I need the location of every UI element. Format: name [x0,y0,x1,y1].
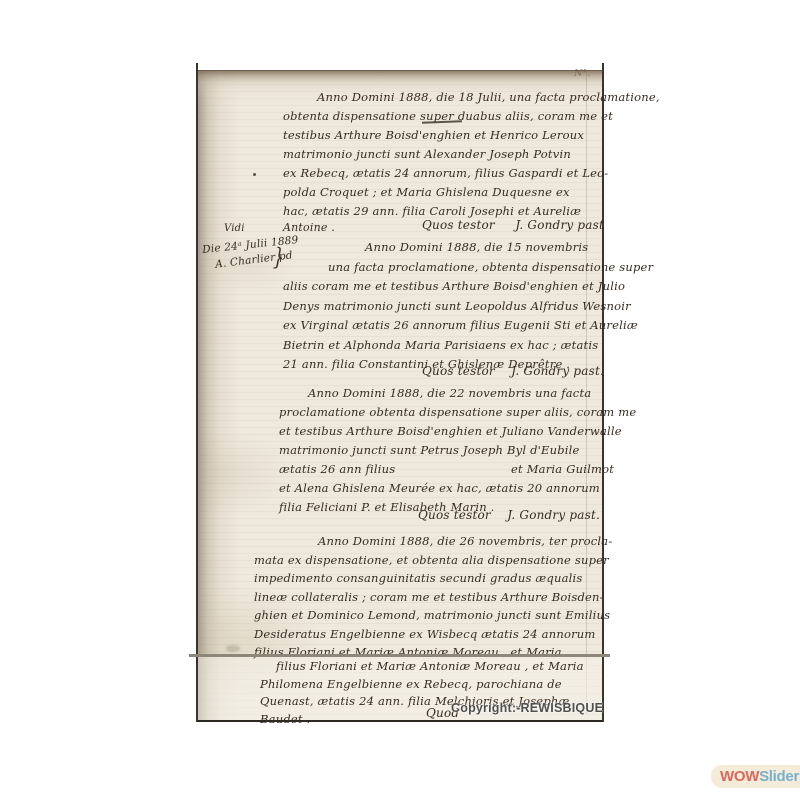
attestation-phrase: Quos testor [422,218,495,232]
manuscript-line: Philomena Engelbienne ex Rebecq, parochi… [260,676,584,694]
wowslider-wow-text: WOW [720,768,759,785]
register-entry-2: Anno Domini 1888, die 15 novembris una f… [283,238,653,375]
priest-signature: J. Gondry past. [511,364,604,378]
attestation-3: Quos testor J. Gondry past. [418,508,600,522]
manuscript-line: una facta proclamatione, obtenta dispens… [283,258,653,278]
manuscript-line: et Alena Ghislena Meurée ex hac, ætatis … [279,479,636,498]
manuscript-line-duplicate: filius Floriani et Mariæ Antoniæ Moreau … [260,658,584,676]
manuscript-line: ghien et Dominico Lemond, matrimonio jun… [254,606,612,625]
margin-note-name: Antoine . [283,221,335,234]
manuscript-line: ex Rebecq, ætatis 24 annorum, filius Gas… [283,164,660,183]
manuscript-line: matrimonio juncti sunt Petrus Joseph Byl… [279,441,636,460]
manuscript-line: obtenta dispensatione super duabus aliis… [283,107,660,126]
ink-smudge [226,645,240,652]
manuscript-line: testibus Arthure Boisd'enghien et Henric… [283,126,660,145]
copyright-watermark: Copyright:-REWISBIQUE [451,701,603,715]
page-number-mark: N°. [574,68,591,79]
manuscript-line: Anno Domini 1888, die 26 novembris, ter … [254,532,612,551]
manuscript-line: polda Croquet ; et Maria Ghislena Duques… [283,183,660,202]
attestation-phrase: Quos testor [418,508,491,522]
register-entry-3: Anno Domini 1888, die 22 novembris una f… [279,384,636,517]
manuscript-line: Bietrin et Alphonda Maria Parisiaens ex … [283,336,653,356]
manuscript-line: proclamatione obtenta dispensatione supe… [279,403,636,422]
page-canvas: N°. Anno Domini 1888, die 18 Julii, una … [0,0,800,800]
manuscript-line: mata ex dispensatione, et obtenta alia d… [254,551,612,570]
register-entry-4: Anno Domini 1888, die 26 novembris, ter … [254,532,612,662]
register-entry-4-overlap: filius Floriani et Mariæ Antoniæ Moreau … [260,658,584,728]
manuscript-line: Anno Domini 1888, die 22 novembris una f… [279,384,636,403]
register-scan-photo: N°. Anno Domini 1888, die 18 Julii, una … [196,63,604,722]
wowslider-watermark-link[interactable]: WOWSlider [711,765,800,788]
scan-seam-line [189,654,610,657]
manuscript-line: matrimonio juncti sunt Alexander Joseph … [283,145,660,164]
manuscript-line: aliis coram me et testibus Arthure Boisd… [283,277,653,297]
attestation-2: Quos testor J. Gondry past. [422,364,604,378]
attestation-1: Quos testor J. Gondry past [422,218,604,232]
manuscript-line: ætatis 26 ann filius et Maria Guilmot [279,460,636,479]
margin-note-vidi: Vidi [224,223,245,234]
manuscript-line: Anno Domini 1888, die 18 Julii, una fact… [283,88,660,107]
priest-signature: J. Gondry past. [507,508,600,522]
manuscript-line: lineæ collateralis ; coram me et testibu… [254,588,612,607]
manuscript-line: et testibus Arthure Boisd'enghien et Jul… [279,422,636,441]
attestation-phrase: Quos testor [422,364,495,378]
register-entry-1: Anno Domini 1888, die 18 Julii, una fact… [283,88,660,221]
priest-signature: J. Gondry past [515,218,604,232]
manuscript-line: Denys matrimonio juncti sunt Leopoldus A… [283,297,653,317]
manuscript-line: Desideratus Engelbienne ex Wisbecq ætati… [254,625,612,644]
wowslider-slider-text: Slider [759,768,799,785]
ink-dot [253,173,256,176]
manuscript-line: ex Virginal ætatis 26 annorum filius Eug… [283,316,653,336]
manuscript-line: Anno Domini 1888, die 15 novembris [283,238,653,258]
manuscript-line: impedimento consanguinitatis secundi gra… [254,569,612,588]
